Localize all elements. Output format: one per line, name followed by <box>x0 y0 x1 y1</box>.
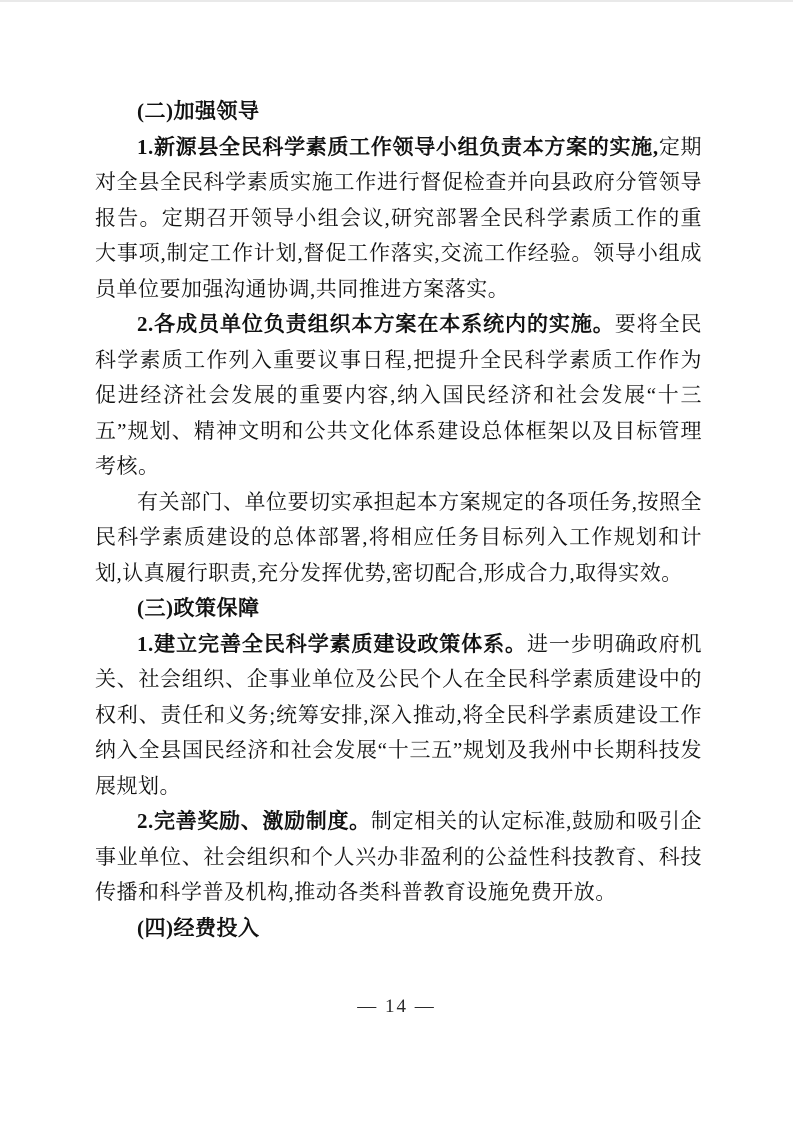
paragraph-leadership-1: 1.新源县全民科学素质工作领导小组负责本方案的实施,定期对全县全民科学素质实施工… <box>95 130 702 308</box>
paragraph-policy-2: 2.完善奖励、激励制度。制定相关的认定标准,鼓励和吸引企事业单位、社会组织和个人… <box>95 804 702 911</box>
paragraph-lead-bold: 1.新源县全民科学素质工作领导小组负责本方案的实施, <box>137 135 659 159</box>
document-page: (二)加强领导 1.新源县全民科学素质工作领导小组负责本方案的实施,定期对全县全… <box>0 0 793 1122</box>
section-heading-4: (四)经费投入 <box>95 911 702 947</box>
paragraph-text: 进一步明确政府机关、社会组织、企事业单位及公民个人在全民科学素质建设中的权利、责… <box>95 632 702 798</box>
page-number: — 14 — <box>0 996 793 1018</box>
paragraph-text: 定期对全县全民科学素质实施工作进行督促检查并向县政府分管领导报告。定期召开领导小… <box>95 135 702 301</box>
paragraph-text: 有关部门、单位要切实承担起本方案规定的各项任务,按照全民科学素质建设的总体部署,… <box>95 490 702 585</box>
paragraph-lead-bold: 2.各成员单位负责组织本方案在本系统内的实施。 <box>137 312 615 336</box>
paragraph-lead-bold: 1.建立完善全民科学素质建设政策体系。 <box>137 632 527 656</box>
paragraph-leadership-2: 2.各成员单位负责组织本方案在本系统内的实施。要将全民科学素质工作列入重要议事日… <box>95 307 702 485</box>
paragraph-policy-1: 1.建立完善全民科学素质建设政策体系。进一步明确政府机关、社会组织、企事业单位及… <box>95 627 702 805</box>
paragraph-lead-bold: 2.完善奖励、激励制度。 <box>137 809 371 833</box>
section-heading-2: (二)加强领导 <box>95 94 702 130</box>
document-body: (二)加强领导 1.新源县全民科学素质工作领导小组负责本方案的实施,定期对全县全… <box>95 94 702 946</box>
section-heading-3: (三)政策保障 <box>95 591 702 627</box>
paragraph-departments: 有关部门、单位要切实承担起本方案规定的各项任务,按照全民科学素质建设的总体部署,… <box>95 485 702 592</box>
paragraph-text: 要将全民科学素质工作列入重要议事日程,把提升全民科学素质工作作为促进经济社会发展… <box>95 312 702 478</box>
